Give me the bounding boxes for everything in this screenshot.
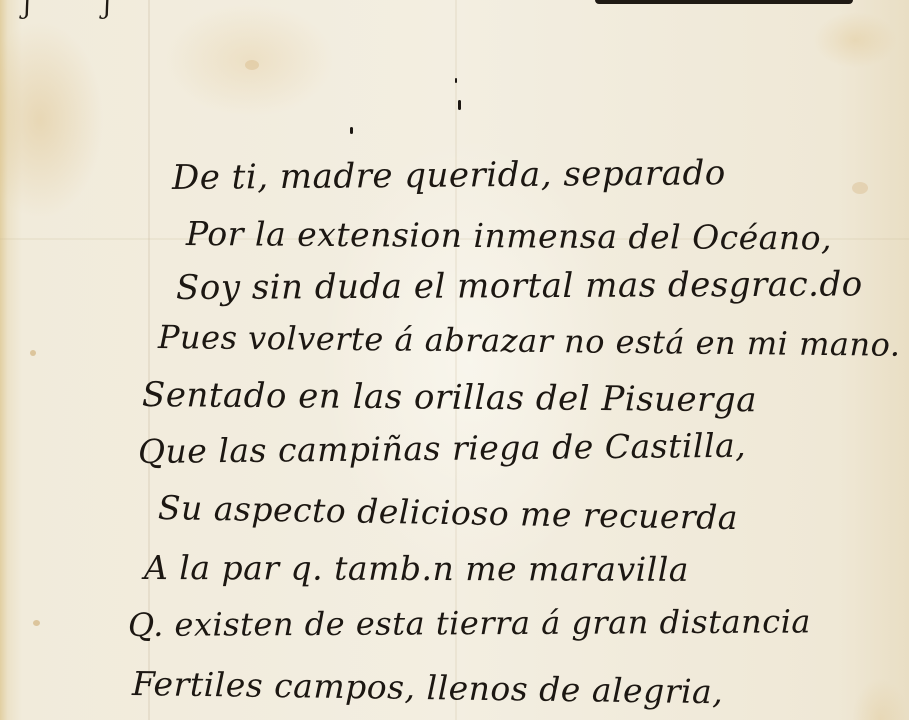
poem-line: Q. existen de esta tierra á gran distanc… <box>128 602 811 644</box>
poem-line: A la par q. tamb.n me maravilla <box>144 548 689 589</box>
poem-line: Su aspecto delicioso me recuerda <box>158 488 739 537</box>
poem-line: Por la extension inmensa del Océano, <box>186 214 832 258</box>
poem-line: Fertiles campos, llenos de alegria, <box>132 664 724 711</box>
poem-line: Soy sin duda el mortal mas desgrac.do <box>176 264 863 308</box>
poem-line: Sentado en las orillas del Pisuerga <box>142 375 757 420</box>
poem-line: De ti, madre querida, separado <box>172 153 726 198</box>
poem-line: Que las campiñas riega de Castilla, <box>138 426 747 471</box>
poem-line: Pues volverte á abrazar no está en mi ma… <box>158 318 901 364</box>
poem-body: De ti, madre querida, separado Por la ex… <box>0 0 909 720</box>
